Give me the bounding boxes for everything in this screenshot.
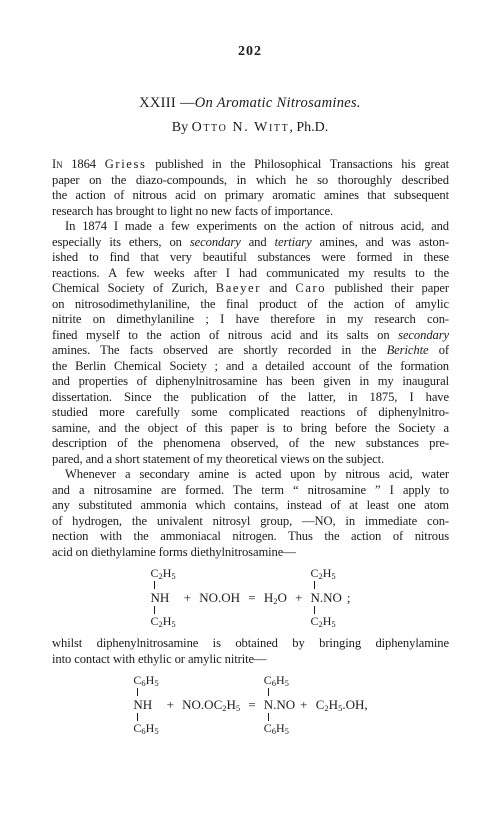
chem-label: NH xyxy=(133,697,152,712)
text-segment: dissertation. Since the publication of t… xyxy=(52,390,449,404)
text-segment: and properties of diphenylnitrosamine ha… xyxy=(52,374,449,388)
chemical-formula: C6H5NHC6H5+ NO.OC2H5 =C6H5N.NOC6H5+ C2H5… xyxy=(52,674,449,735)
chem-label: N.NO xyxy=(264,697,295,712)
chem-label: C6H5 xyxy=(133,722,158,735)
text-line: and properties of diphenylnitrosamine ha… xyxy=(52,374,449,390)
text-line: amines. The facts observed are shortly r… xyxy=(52,343,449,359)
text-line: samine, and the object of this paper is … xyxy=(52,421,449,437)
chem-label: C6H5 xyxy=(264,674,289,687)
text-line: research has brought to light no new fac… xyxy=(52,204,449,220)
text-segment: nection with the ammoniacal nitrogen. Th… xyxy=(52,529,449,543)
text-segment: Baeyer xyxy=(216,281,261,295)
formula-column: C2H5NHC2H5 xyxy=(150,567,175,628)
text-segment: research has brought to light no new fac… xyxy=(52,204,333,218)
text-segment: studied more carefully some complicated … xyxy=(52,405,449,419)
chem-label: C6H5 xyxy=(264,722,289,735)
text-segment: whilst diphenylnitrosamine is obtained b… xyxy=(52,636,449,650)
chem-label: C6H5 xyxy=(133,674,158,687)
text-segment: secondary xyxy=(398,328,449,342)
text-segment: Chemical Society of Zurich, xyxy=(52,281,216,295)
text-segment: published their paper xyxy=(326,281,449,295)
text-segment: Griess xyxy=(105,157,147,171)
text-segment: On Aromatic Nitrosamines. xyxy=(195,95,361,111)
text-line: pared, and a short statement of my theor… xyxy=(52,452,449,468)
text-segment: samine, and the object of this paper is … xyxy=(52,421,449,435)
text-line: fined myself to the action of nitrous ac… xyxy=(52,328,449,344)
bond-line xyxy=(268,713,269,721)
text-segment: secondary xyxy=(190,235,241,249)
text-line: especially its ethers, on secondary and … xyxy=(52,235,449,251)
text-segment: acid on diethylamine forms diethylnitros… xyxy=(52,545,296,559)
chem-label: C2H5 xyxy=(150,615,175,628)
paragraph: Whenever a secondary amine is acted upon… xyxy=(52,467,449,560)
chem-label: N.NO xyxy=(310,590,341,605)
text-line: into contact with ethylic or amylic nitr… xyxy=(52,652,449,668)
page-number: 202 xyxy=(0,44,500,60)
text-line: the Berlin Chemical Society ; and a deta… xyxy=(52,359,449,375)
text-segment: Caro xyxy=(295,281,326,295)
text-segment: XXIII — xyxy=(139,95,195,111)
paragraph: In 1864 Griess published in the Philosop… xyxy=(52,157,449,219)
text-segment: paper on the diazo-compounds, in which h… xyxy=(52,173,449,187)
text-segment: By xyxy=(172,120,192,135)
text-segment: description of the phenomena observed, o… xyxy=(52,436,449,450)
text-line: dissertation. Since the publication of t… xyxy=(52,390,449,406)
journal-page: 202 XXIII —On Aromatic Nitrosamines. By … xyxy=(0,0,500,825)
text-line: paper on the diazo-compounds, in which h… xyxy=(52,173,449,189)
text-line: description of the phenomena observed, o… xyxy=(52,436,449,452)
formula-column: C6H5NHC6H5 xyxy=(133,674,158,735)
bond-line xyxy=(268,688,269,696)
text-line: reactions. A few weeks after I had commu… xyxy=(52,266,449,282)
chem-label: NH xyxy=(150,590,169,605)
text-segment: published in the Philosophical Transacti… xyxy=(146,157,449,171)
text-segment: any substituted ammonia which contains, … xyxy=(52,498,449,512)
chem-label: C2H5 xyxy=(150,567,175,580)
paragraph: In 1874 I made a few experiments on the … xyxy=(52,219,449,467)
formula-operator-text: + NO.OH = H2O + xyxy=(184,590,303,606)
text-segment: amines. The facts observed are shortly r… xyxy=(52,343,387,357)
text-segment: and xyxy=(241,235,275,249)
text-segment: the Berlin Chemical Society ; and a deta… xyxy=(52,359,449,373)
text-line: In 1874 I made a few experiments on the … xyxy=(52,219,449,235)
text-line: In 1864 Griess published in the Philosop… xyxy=(52,157,449,173)
text-line: of hydrogen, the univalent nitrosyl grou… xyxy=(52,514,449,530)
text-line: nitrite on dimethylaniline ; I have ther… xyxy=(52,312,449,328)
bond-line xyxy=(314,606,315,614)
text-segment: Berichte xyxy=(387,343,429,357)
text-line: acid on diethylamine forms diethylnitros… xyxy=(52,545,449,561)
text-line: whilst diphenylnitrosamine is obtained b… xyxy=(52,636,449,652)
text-segment: Otto N. Witt xyxy=(192,120,290,135)
bond-line xyxy=(154,581,155,589)
text-line: Chemical Society of Zurich, Baeyer and C… xyxy=(52,281,449,297)
text-segment: especially its ethers, on xyxy=(52,235,190,249)
chem-label: C2H5 xyxy=(310,567,335,580)
byline: By Otto N. Witt, Ph.D. xyxy=(0,120,500,136)
text-segment: pared, and a short statement of my theor… xyxy=(52,452,384,466)
text-segment: of hydrogen, the univalent nitrosyl grou… xyxy=(52,514,449,528)
chemical-formula: C2H5NHC2H5+ NO.OH = H2O +C2H5N.NOC2H5; xyxy=(52,567,449,628)
formula-column: C6H5N.NOC6H5 xyxy=(264,674,295,735)
paragraph: whilst diphenylnitrosamine is obtained b… xyxy=(52,636,449,667)
formula-tail-text: + C2H5.OH, xyxy=(300,697,367,713)
text-segment: amines, and was aston- xyxy=(312,235,449,249)
text-segment: reactions. A few weeks after I had commu… xyxy=(52,266,449,280)
text-line: any substituted ammonia which contains, … xyxy=(52,498,449,514)
text-segment: tertiary xyxy=(275,235,312,249)
text-line: Whenever a secondary amine is acted upon… xyxy=(52,467,449,483)
formula-column: C2H5N.NOC2H5 xyxy=(310,567,341,628)
formula-operator-text: + NO.OC2H5 = xyxy=(167,697,256,713)
text-segment: ished to find that very beautiful substa… xyxy=(52,250,449,264)
bond-line xyxy=(314,581,315,589)
article-body: In 1864 Griess published in the Philosop… xyxy=(52,157,449,743)
text-segment: fined myself to the action of nitrous ac… xyxy=(52,328,398,342)
text-line: and a nitrosamine are formed. The term “… xyxy=(52,483,449,499)
text-segment: , Ph.D. xyxy=(289,120,328,135)
bond-line xyxy=(137,688,138,696)
bond-line xyxy=(154,606,155,614)
bond-line xyxy=(137,713,138,721)
text-segment: Whenever a secondary amine is acted upon… xyxy=(65,467,449,481)
text-line: the action of nitrous acid on primary ar… xyxy=(52,188,449,204)
text-segment: of xyxy=(428,343,449,357)
text-line: on nitrosodimethylaniline, the final pro… xyxy=(52,297,449,313)
text-line: ished to find that very beautiful substa… xyxy=(52,250,449,266)
chem-label: C2H5 xyxy=(310,615,335,628)
text-segment: into contact with ethylic or amylic nitr… xyxy=(52,652,267,666)
formula-tail-text: ; xyxy=(347,590,351,606)
text-line: nection with the ammoniacal nitrogen. Th… xyxy=(52,529,449,545)
article-title: XXIII —On Aromatic Nitrosamines. xyxy=(0,95,500,112)
text-segment: and a nitrosamine are formed. The term “… xyxy=(52,483,449,497)
text-segment: the action of nitrous acid on primary ar… xyxy=(52,188,449,202)
text-segment: and xyxy=(261,281,295,295)
text-segment: nitrite on dimethylaniline ; I have ther… xyxy=(52,312,449,326)
text-segment: on nitrosodimethylaniline, the final pro… xyxy=(52,297,449,311)
text-segment: In xyxy=(52,157,63,171)
text-segment: In 1874 I made a few experiments on the … xyxy=(65,219,449,233)
text-line: studied more carefully some complicated … xyxy=(52,405,449,421)
text-segment: 1864 xyxy=(63,157,105,171)
